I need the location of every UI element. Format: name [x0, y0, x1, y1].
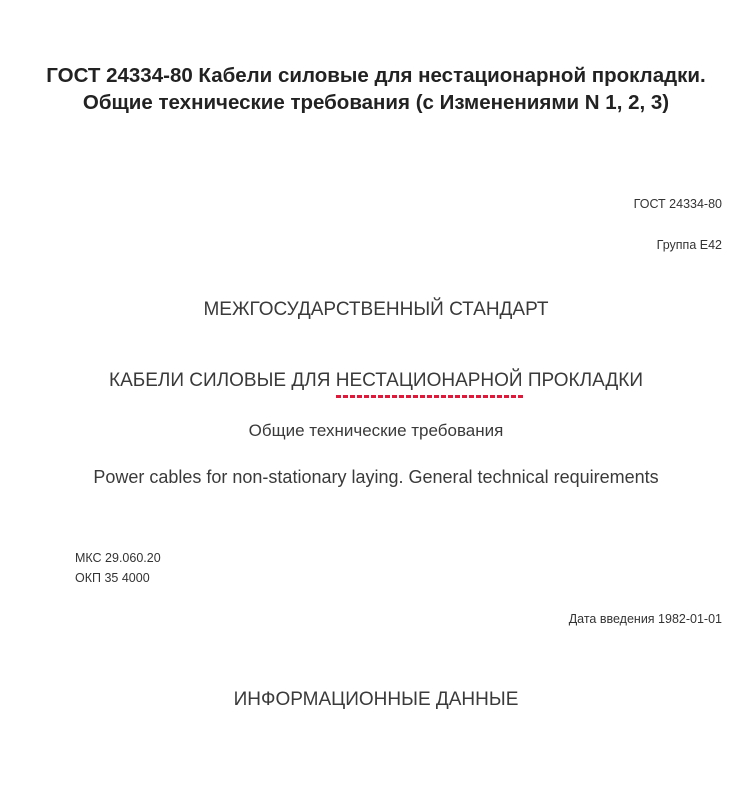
standard-title-part-1: КАБЕЛИ СИЛОВЫЕ ДЛЯ — [109, 370, 336, 391]
mks-code: МКС 29.060.20 — [75, 548, 161, 568]
introduction-date: Дата введения 1982-01-01 — [569, 612, 722, 626]
document-title: ГОСТ 24334-80 Кабели силовые для нестаци… — [40, 62, 712, 116]
standard-title: КАБЕЛИ СИЛОВЫЕ ДЛЯ НЕСТАЦИОНАРНОЙ ПРОКЛА… — [0, 370, 752, 392]
standard-group: Группа Е42 — [657, 238, 722, 252]
standard-title-part-2: ПРОКЛАДКИ — [523, 370, 643, 391]
okp-code: ОКП 35 4000 — [75, 568, 161, 588]
classification-codes: МКС 29.060.20 ОКП 35 4000 — [75, 548, 161, 588]
info-data-heading: ИНФОРМАЦИОННЫЕ ДАННЫЕ — [0, 689, 752, 711]
standard-subtitle: Общие технические требования — [0, 421, 752, 441]
spellcheck-flagged-word[interactable]: НЕСТАЦИОНАРНОЙ — [336, 370, 523, 392]
english-title: Power cables for non-stationary laying. … — [0, 467, 752, 488]
standard-code: ГОСТ 24334-80 — [634, 197, 722, 211]
interstate-standard-label: МЕЖГОСУДАРСТВЕННЫЙ СТАНДАРТ — [0, 299, 752, 321]
